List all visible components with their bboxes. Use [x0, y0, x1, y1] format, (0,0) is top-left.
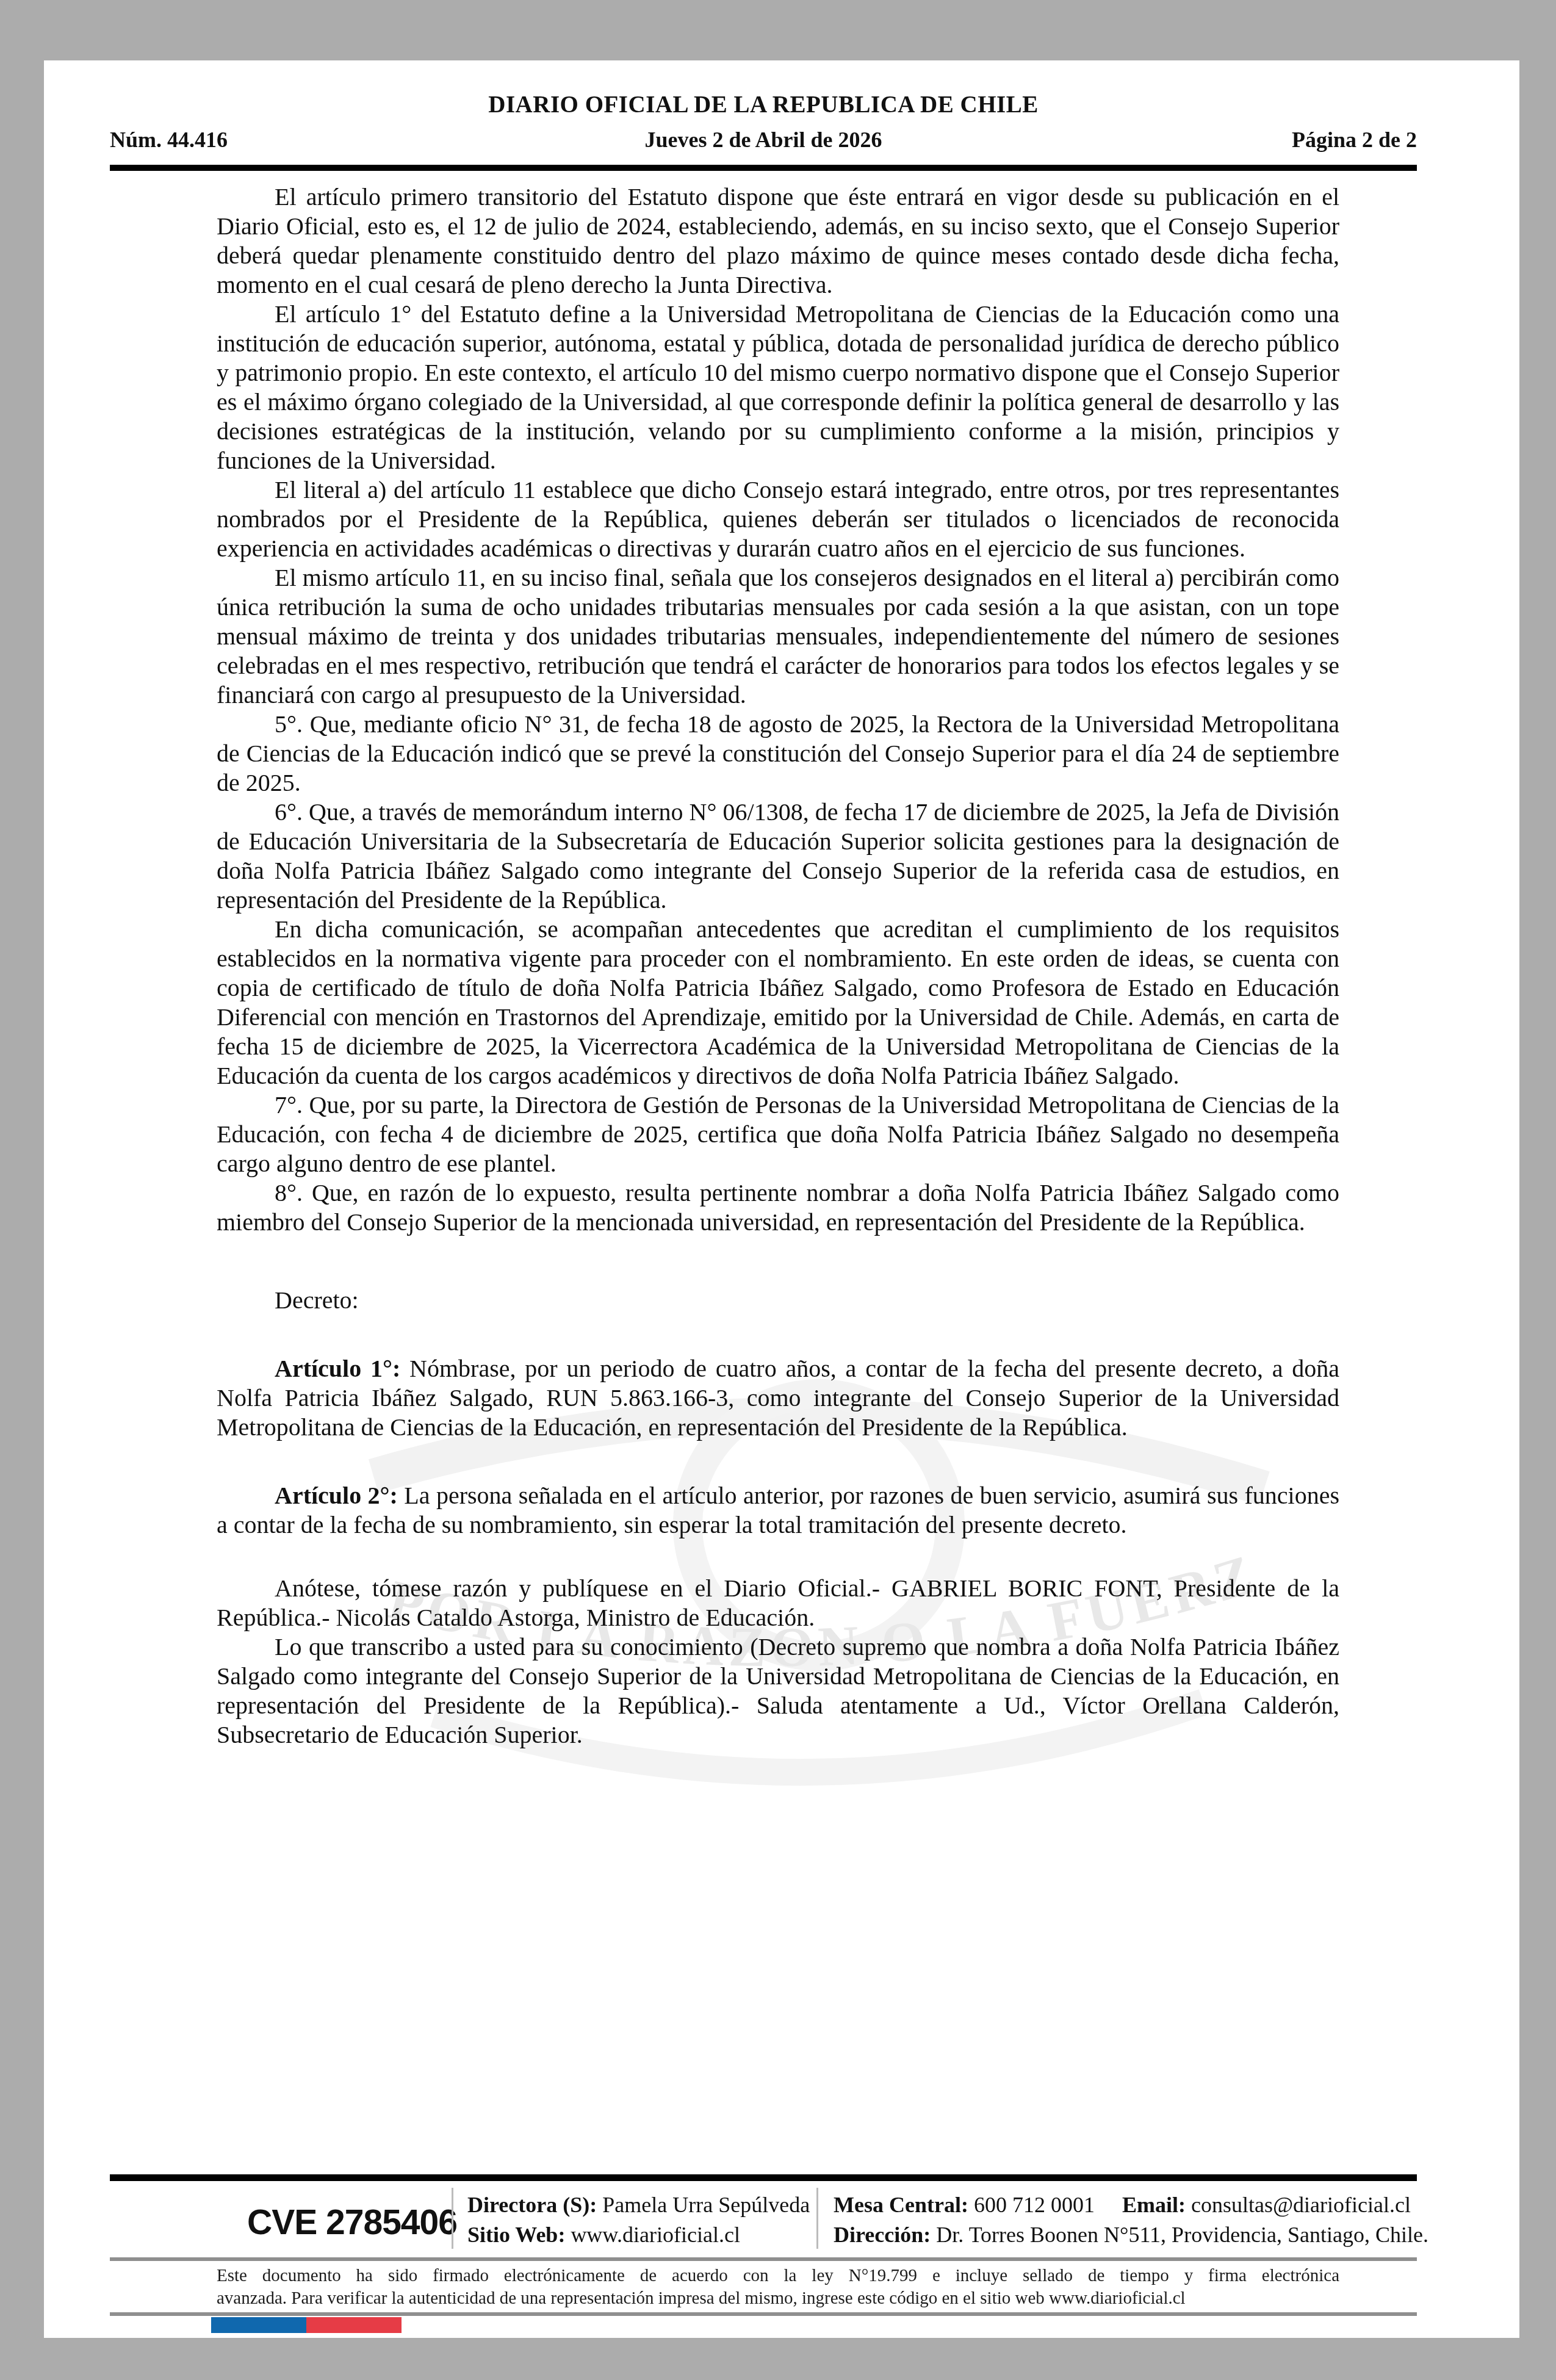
- chile-flag-icon: [211, 2317, 402, 2333]
- masthead-title: DIARIO OFICIAL DE LA REPUBLICA DE CHILE: [110, 91, 1417, 118]
- paragraph: 6°. Que, a través de memorándum interno …: [217, 798, 1339, 915]
- footer-separator-rule: [110, 2174, 1417, 2181]
- paragraph: Artículo 1°: Nómbrase, por un periodo de…: [217, 1354, 1339, 1442]
- footer-field: Email: consultas@diarioficial.cl: [1122, 2193, 1411, 2217]
- article-lead: Artículo 2°:: [275, 1482, 398, 1509]
- fine-print: Este documento ha sido firmado electróni…: [217, 2265, 1339, 2310]
- issue-number: Núm. 44.416: [110, 127, 228, 153]
- fine-print-line-1: Este documento ha sido firmado electróni…: [217, 2265, 1339, 2287]
- footer-contact-right-line2: Dirección: Dr. Torres Boonen N°511, Prov…: [834, 2220, 1428, 2250]
- masthead-rule: [110, 165, 1417, 171]
- paragraph: 7°. Que, por su parte, la Directora de G…: [217, 1091, 1339, 1178]
- paragraph: El mismo artículo 11, en su inciso final…: [217, 563, 1339, 710]
- footer-field: Directora (S): Pamela Urra Sepúlveda: [467, 2190, 810, 2220]
- paragraph: Lo que transcribo a usted para su conoci…: [217, 1632, 1339, 1750]
- paragraph: Decreto:: [217, 1286, 1339, 1315]
- footer-field: Mesa Central: 600 712 0001: [834, 2193, 1095, 2217]
- footer-field-value: Pamela Urra Sepúlveda: [602, 2193, 810, 2217]
- page-indicator: Página 2 de 2: [1292, 127, 1417, 153]
- paragraph: El literal a) del artículo 11 establece …: [217, 475, 1339, 563]
- flag-blue-segment: [211, 2317, 306, 2333]
- flag-red-segment: [306, 2317, 402, 2333]
- footer-contact-left: Directora (S): Pamela Urra SepúlvedaSiti…: [467, 2190, 810, 2250]
- footer-field-value: 600 712 0001: [974, 2193, 1095, 2217]
- footer-contact-right-line1: Mesa Central: 600 712 0001Email: consult…: [834, 2190, 1428, 2220]
- paragraph: Artículo 2°: La persona señalada en el a…: [217, 1481, 1339, 1540]
- footer-field-value: Dr. Torres Boonen N°511, Providencia, Sa…: [936, 2223, 1428, 2247]
- footer-divider-2: [816, 2188, 818, 2249]
- document-page: POR LA RAZON O LA FUERZA DIARIO OFICIAL …: [44, 60, 1519, 2338]
- cve-code: CVE 2785406: [247, 2202, 457, 2243]
- footer-field-label: Dirección:: [834, 2223, 936, 2247]
- paragraph: El artículo 1° del Estatuto define a la …: [217, 300, 1339, 475]
- decree-body: El artículo primero transitorio del Esta…: [217, 182, 1339, 1750]
- footer-divider-1: [452, 2188, 453, 2249]
- footer-contact-right: Mesa Central: 600 712 0001Email: consult…: [834, 2190, 1428, 2250]
- fine-print-line-2: avanzada. Para verificar la autenticidad…: [217, 2287, 1339, 2310]
- footer-rule-bottom: [110, 2312, 1417, 2316]
- article-lead: Artículo 1°:: [275, 1355, 400, 1382]
- footer-field: Dirección: Dr. Torres Boonen N°511, Prov…: [834, 2223, 1428, 2247]
- paragraph: Anótese, tómese razón y publíquese en el…: [217, 1574, 1339, 1632]
- paragraph: El artículo primero transitorio del Esta…: [217, 182, 1339, 300]
- issue-date: Jueves 2 de Abril de 2026: [110, 127, 1417, 153]
- masthead-row: Núm. 44.416 Jueves 2 de Abril de 2026 Pá…: [110, 127, 1417, 155]
- paragraph: 8°. Que, en razón de lo expuesto, result…: [217, 1178, 1339, 1237]
- footer-field-value: consultas@diarioficial.cl: [1191, 2193, 1411, 2217]
- paragraph: 5°. Que, mediante oficio N° 31, de fecha…: [217, 710, 1339, 798]
- footer-field: Sitio Web: www.diarioficial.cl: [467, 2220, 810, 2250]
- footer-field-label: Email:: [1122, 2193, 1191, 2217]
- paragraph: En dicha comunicación, se acompañan ante…: [217, 915, 1339, 1091]
- footer-field-value: www.diarioficial.cl: [571, 2223, 740, 2247]
- footer-field-label: Mesa Central:: [834, 2193, 974, 2217]
- footer-field-label: Sitio Web:: [467, 2223, 571, 2247]
- screen-background: POR LA RAZON O LA FUERZA DIARIO OFICIAL …: [0, 0, 1556, 2380]
- footer-field-label: Directora (S):: [467, 2193, 602, 2217]
- footer-rule-top: [110, 2257, 1417, 2261]
- masthead: DIARIO OFICIAL DE LA REPUBLICA DE CHILE …: [110, 91, 1417, 171]
- footer-info: CVE 2785406 Directora (S): Pamela Urra S…: [110, 2190, 1417, 2260]
